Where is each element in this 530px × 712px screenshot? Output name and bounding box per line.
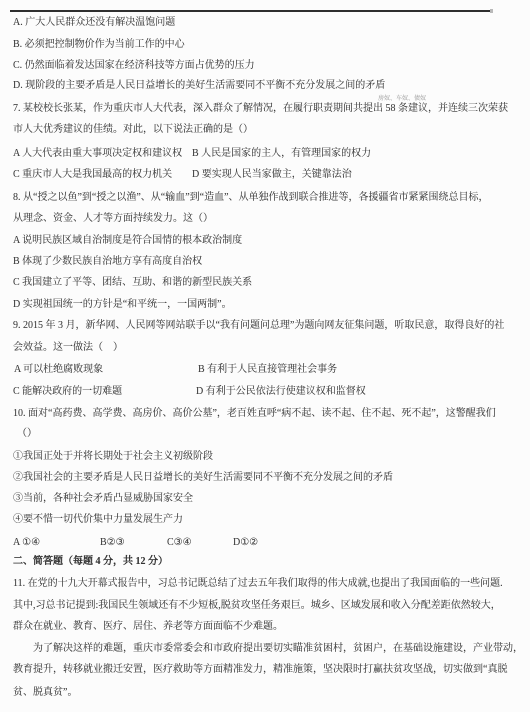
option-text: C 我国建立了平等、团结、互助、和谐的新型民族关系 bbox=[13, 277, 252, 289]
q8-option-d: D 实现祖国统一的方针是“和平统一，一国两制”。 bbox=[0, 299, 530, 312]
q7-line-2: 市人大优秀建议的佳绩。对此，以下说法正确的是（） bbox=[0, 124, 530, 137]
option-text: B. 必须把控制物价作为当前工作的中心 bbox=[13, 39, 185, 51]
q8-option-a: A 说明民族区域自治制度是符合国情的根本政治制度 bbox=[0, 235, 530, 248]
q9-option-b: B 有利于人民直接管理社会事务 bbox=[198, 364, 337, 376]
option-text: A. 广大人民群众还没有解决温饱问题 bbox=[13, 17, 175, 29]
q11-line-3: 群众在就业、教育、医疗、居住、养老等方面面临不少难题。 bbox=[0, 621, 530, 634]
q11-para2-line-1: 为了解决这样的难题，重庆市委常委会和市政府提出要切实瞄准贫困村，贫困户，在基础设… bbox=[0, 643, 530, 656]
question-text: 从理念、资金、人才等方面持续发力。这（） bbox=[13, 213, 213, 225]
q9-option-c: C 能解决政府的一切难题 bbox=[13, 386, 122, 398]
q10-option-d: D①② bbox=[233, 537, 258, 549]
question-text: 会效益。这一做法（ ） bbox=[13, 342, 123, 354]
rule-end-tick bbox=[490, 9, 493, 13]
q8-line-1: 8. 从“授之以鱼”到“授之以渔”、从“输血”到“造血”、从单独作战到联合推进等… bbox=[0, 192, 530, 205]
q7-options-row-2: C 重庆市人大是我国最高的权力机关D 要实现人民当家做主，关键靠法治 bbox=[0, 169, 530, 182]
q10-item-4: ④要不惜一切代价集中力量发展生产力 bbox=[0, 514, 530, 527]
question-text: 7. 某校校长张某，作为重庆市人大代表，深入群众了解情况，在履行职责期间共提出 … bbox=[13, 103, 508, 115]
q11-line-1: 11. 在党的十九大开幕式报告中，习总书记既总结了过去五年我们取得的伟大成就,也… bbox=[0, 578, 530, 591]
q11-para2-line-2: 教育提升，转移就业搬迁安置，医疗救助等方面精准发力，精准施策，坚决限时打赢扶贫攻… bbox=[0, 664, 530, 677]
q10-line-1: 10. 面对“高药费、高学费、高房价、高价公墓”，老百姓直呼“病不起、读不起、住… bbox=[0, 408, 530, 421]
exam-page-scan: A. 广大人民群众还没有解决温饱问题B. 必须把控制物价作为当前工作的中心C. … bbox=[0, 0, 530, 712]
section-2-heading: 二、简答题（每题 4 分，共 12 分） bbox=[0, 556, 530, 569]
q10-parens: （） bbox=[0, 428, 530, 441]
paragraph-text: 贫、脱真贫”。 bbox=[13, 687, 77, 699]
q11-para2-line-3: 贫、脱真贫”。 bbox=[0, 687, 530, 700]
option-text: A 说明民族区域自治制度是符合国情的根本政治制度 bbox=[13, 235, 242, 247]
question-text: 9. 2015 年 3 月，新华网、人民网等网站联手以“我有问题问总理”为题向网… bbox=[13, 320, 504, 332]
q10-item-2: ②我国社会的主要矛盾是人民日益增长的美好生活需要同不平衡不充分发展之间的矛盾 bbox=[0, 472, 530, 485]
q10-option-b: B②③ bbox=[100, 537, 125, 549]
item-text: ①我国正处于并将长期处于社会主义初级阶段 bbox=[13, 451, 213, 463]
q10-item-3: ③当前，各种社会矛盾凸显威胁国家安全 bbox=[0, 493, 530, 506]
q7-line-1: 7. 某校校长张某，作为重庆市人大代表，深入群众了解情况，在履行职责期间共提出 … bbox=[0, 103, 530, 116]
section-heading-text: 二、简答题（每题 4 分，共 12 分） bbox=[13, 556, 168, 568]
paragraph-text: 为了解决这样的难题，重庆市委常委会和市政府提出要切实瞄准贫困村，贫困户，在基础设… bbox=[33, 643, 523, 655]
q9-option-a: A 可以杜绝腐败现象 bbox=[14, 364, 103, 376]
question-text: 11. 在党的十九大开幕式报告中，习总书记既总结了过去五年我们取得的伟大成就,也… bbox=[13, 578, 503, 590]
q10-item-1: ①我国正处于并将长期处于社会主义初级阶段 bbox=[0, 451, 530, 464]
question-text: 其中,习总书记提到:我国民生领域还有不少短板,脱贫攻坚任务艰巨。城乡、区域发展和… bbox=[13, 600, 501, 612]
question-text: （） bbox=[17, 428, 37, 440]
paragraph-text: 教育提升，转移就业搬迁安置，医疗救助等方面精准发力，精准施策，坚决限时打赢扶贫攻… bbox=[13, 664, 507, 676]
item-text: ④要不惜一切代价集中力量发展生产力 bbox=[13, 514, 183, 526]
option-text: B 体现了少数民族自治地方享有高度自治权 bbox=[13, 256, 202, 268]
option-text: D. 现阶段的主要矛盾是人民日益增长的美好生活需要同不平衡不充分发展之间的矛盾 bbox=[13, 80, 385, 92]
q9-options-row-2: C 能解决政府的一切难题D 有利于公民依法行使建议权和监督权 bbox=[0, 386, 530, 399]
page-top-rule bbox=[10, 10, 491, 12]
question-text: 群众在就业、教育、医疗、居住、养老等方面面临不少难题。 bbox=[13, 621, 283, 633]
q7-option-b: B 人民是国家的主人，有管理国家的权力 bbox=[192, 148, 371, 160]
q9-option-d: D 有利于公民依法行使建议权和监督权 bbox=[196, 386, 366, 398]
q6-option-c: C. 仍然面临着发达国家在经济科技等方面占优势的压力 bbox=[0, 60, 530, 73]
q7-options-row-1: A 人大代表由重大事项决定权和建议权B 人民是国家的主人，有管理国家的权力 bbox=[0, 148, 530, 161]
q10-option-a: A ①④ bbox=[13, 537, 40, 549]
q7-option-a: A 人大代表由重大事项决定权和建议权 bbox=[13, 148, 182, 160]
question-text: 8. 从“授之以鱼”到“授之以渔”、从“输血”到“造血”、从单独作战到联合推进等… bbox=[13, 192, 489, 204]
q8-option-c: C 我国建立了平等、团结、互助、和谐的新型民族关系 bbox=[0, 277, 530, 290]
option-text: D 实现祖国统一的方针是“和平统一，一国两制”。 bbox=[13, 299, 232, 311]
item-text: ②我国社会的主要矛盾是人民日益增长的美好生活需要同不平衡不充分发展之间的矛盾 bbox=[13, 472, 393, 484]
question-text: 市人大优秀建议的佳绩。对此，以下说法正确的是（） bbox=[13, 124, 253, 136]
q10-option-c: C③④ bbox=[167, 537, 192, 549]
q6-option-a: A. 广大人民群众还没有解决温饱问题 bbox=[0, 17, 530, 30]
q9-line-2: 会效益。这一做法（ ） bbox=[0, 342, 530, 355]
q6-option-d: D. 现阶段的主要矛盾是人民日益增长的美好生活需要同不平衡不充分发展之间的矛盾 bbox=[0, 80, 530, 93]
q7-option-c: C 重庆市人大是我国最高的权力机关 bbox=[13, 169, 172, 181]
q6-option-b: B. 必须把控制物价作为当前工作的中心 bbox=[0, 39, 530, 52]
q9-line-1: 9. 2015 年 3 月，新华网、人民网等网站联手以“我有问题问总理”为题向网… bbox=[0, 320, 530, 333]
option-text: C. 仍然面临着发达国家在经济科技等方面占优势的压力 bbox=[13, 60, 255, 72]
q7-option-d: D 要实现人民当家做主，关键靠法治 bbox=[192, 169, 352, 181]
item-text: ③当前，各种社会矛盾凸显威胁国家安全 bbox=[13, 493, 193, 505]
q9-options-row-1: A 可以杜绝腐败现象B 有利于人民直接管理社会事务 bbox=[0, 364, 530, 377]
q10-answers-row: A ①④B②③C③④D①② bbox=[0, 537, 530, 550]
q8-line-2: 从理念、资金、人才等方面持续发力。这（） bbox=[0, 213, 530, 226]
q8-option-b: B 体现了少数民族自治地方享有高度自治权 bbox=[0, 256, 530, 269]
q11-line-2: 其中,习总书记提到:我国民生领域还有不少短板,脱贫攻坚任务艰巨。城乡、区域发展和… bbox=[0, 600, 530, 613]
question-text: 10. 面对“高药费、高学费、高房价、高价公墓”，老百姓直呼“病不起、读不起、住… bbox=[13, 408, 496, 420]
